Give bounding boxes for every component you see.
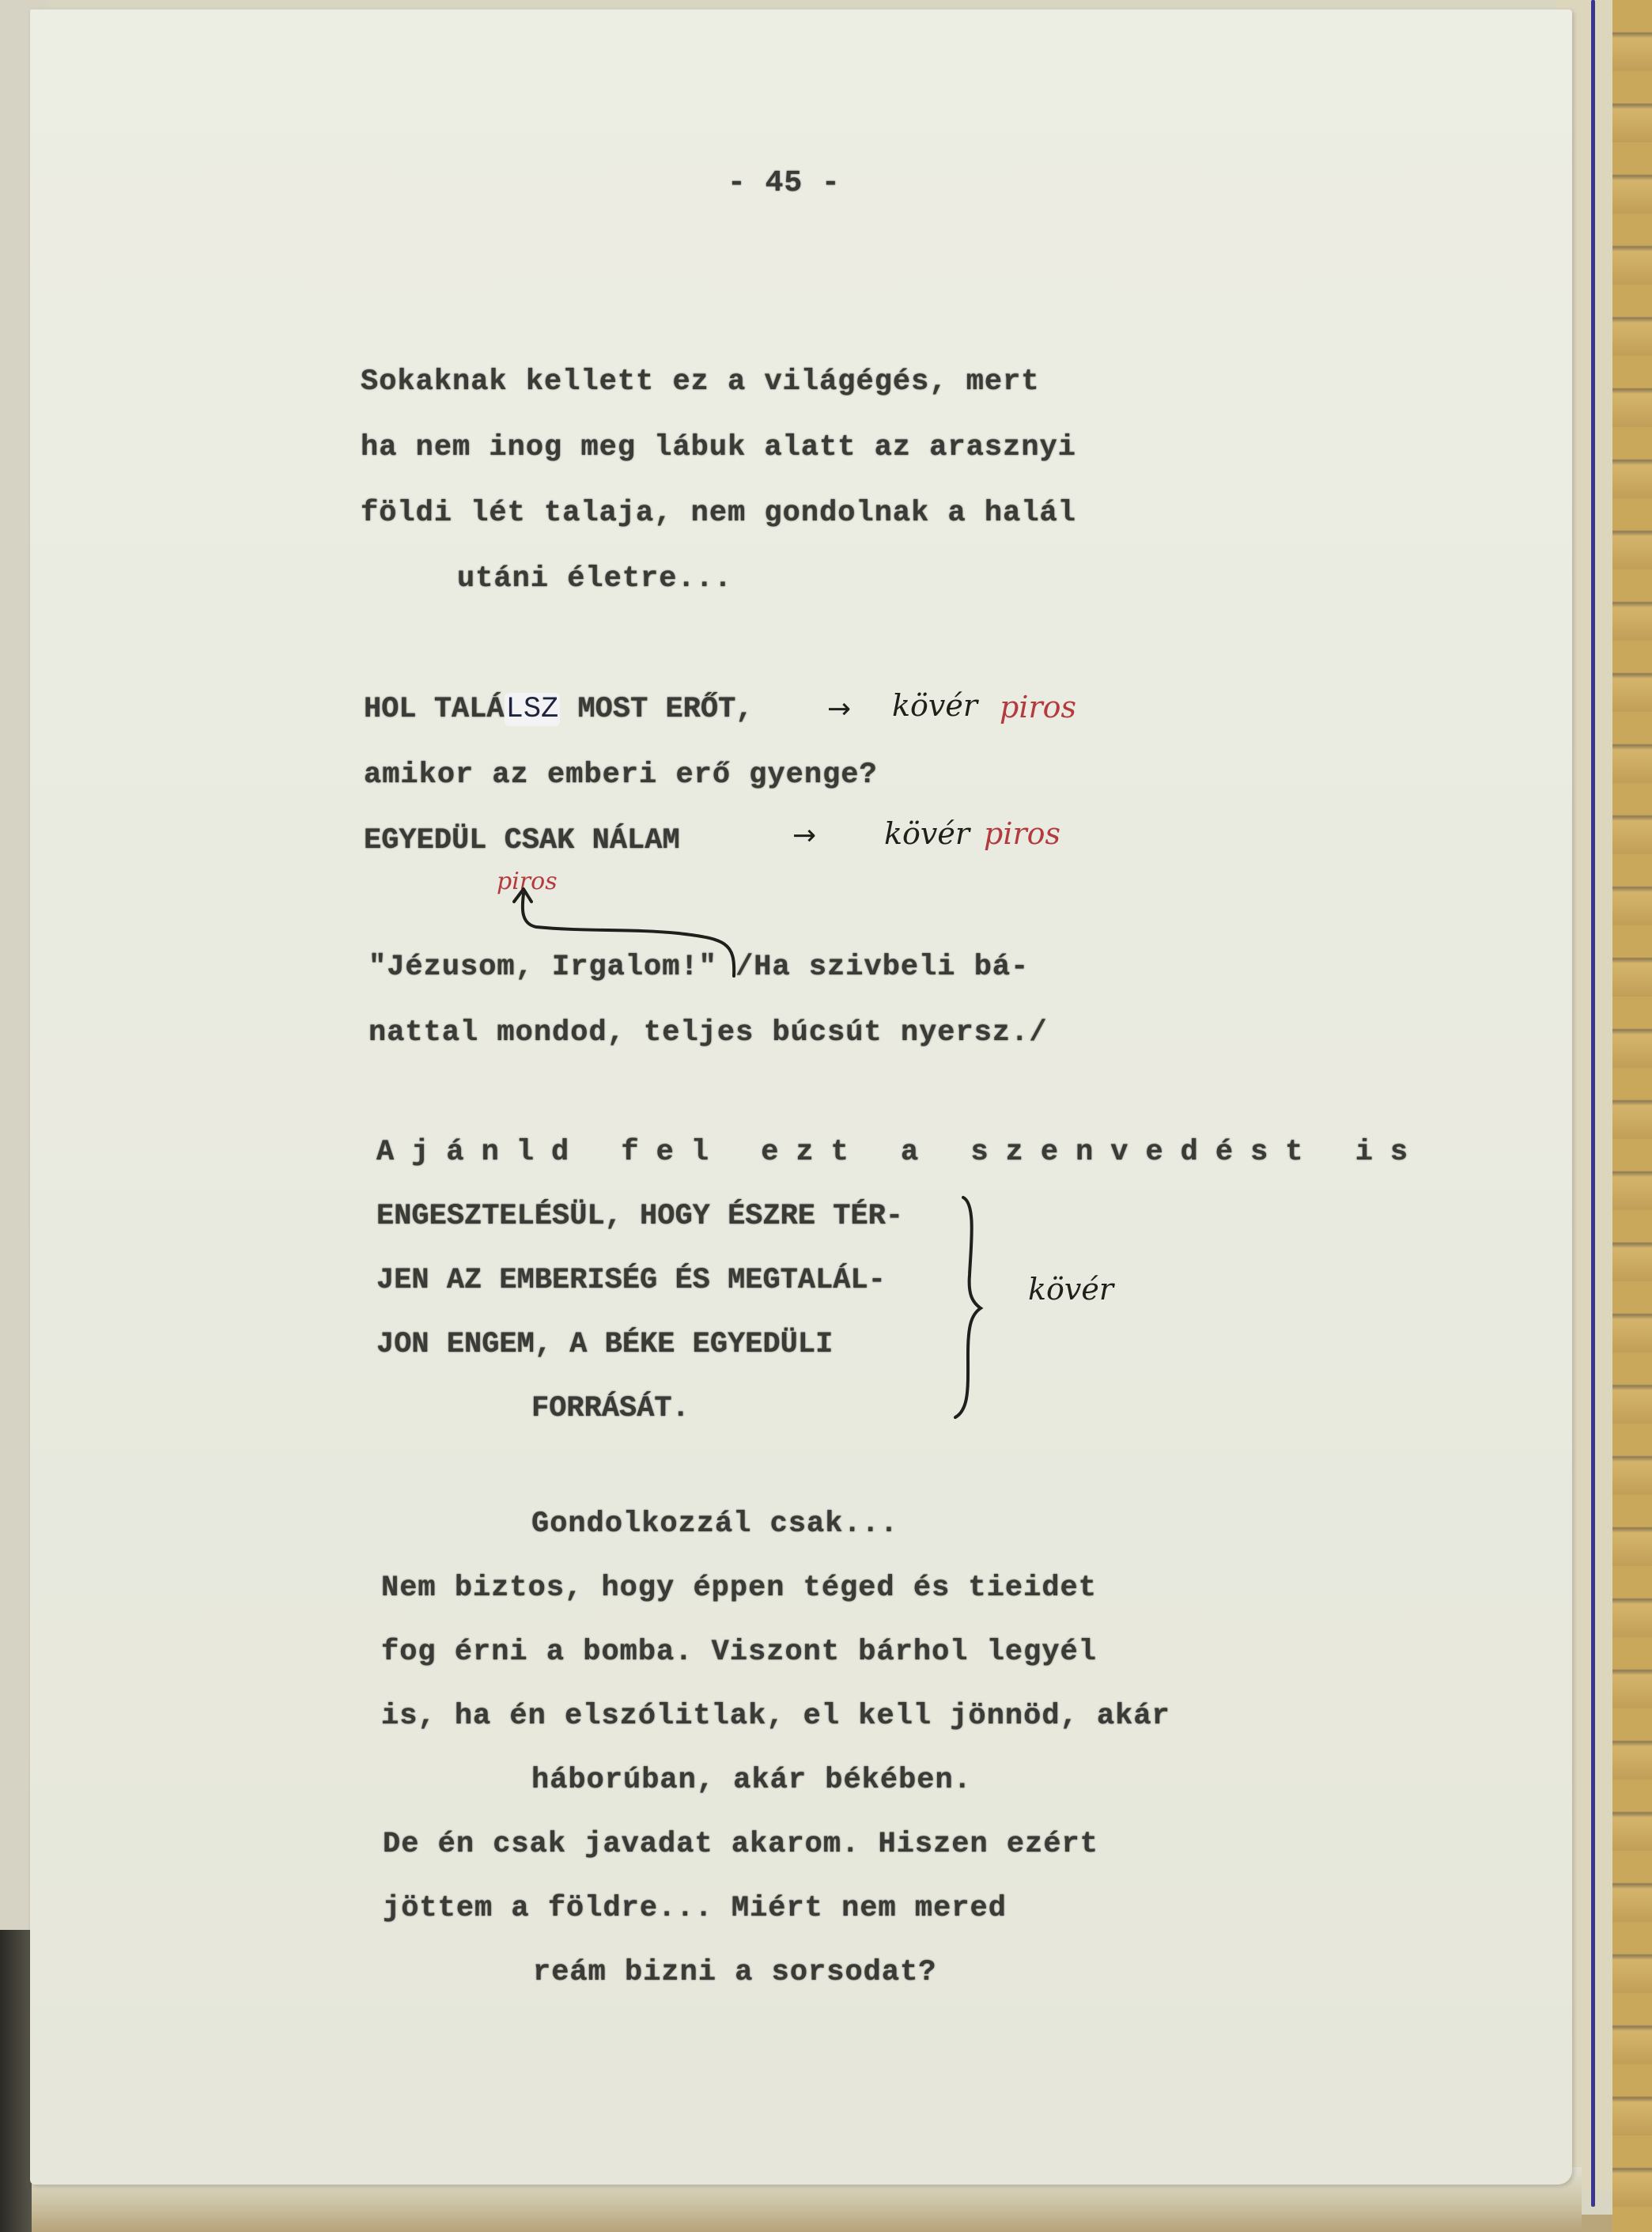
desk-background	[1612, 0, 1652, 2232]
typed-page: - 45 - Sokaknak kellett ez a világégés, …	[30, 9, 1572, 2185]
curved-arrow-icon	[523, 894, 734, 976]
handwritten-strokes	[30, 9, 1572, 2185]
binding-line	[1591, 0, 1595, 2207]
curly-brace-icon	[955, 1197, 981, 1417]
